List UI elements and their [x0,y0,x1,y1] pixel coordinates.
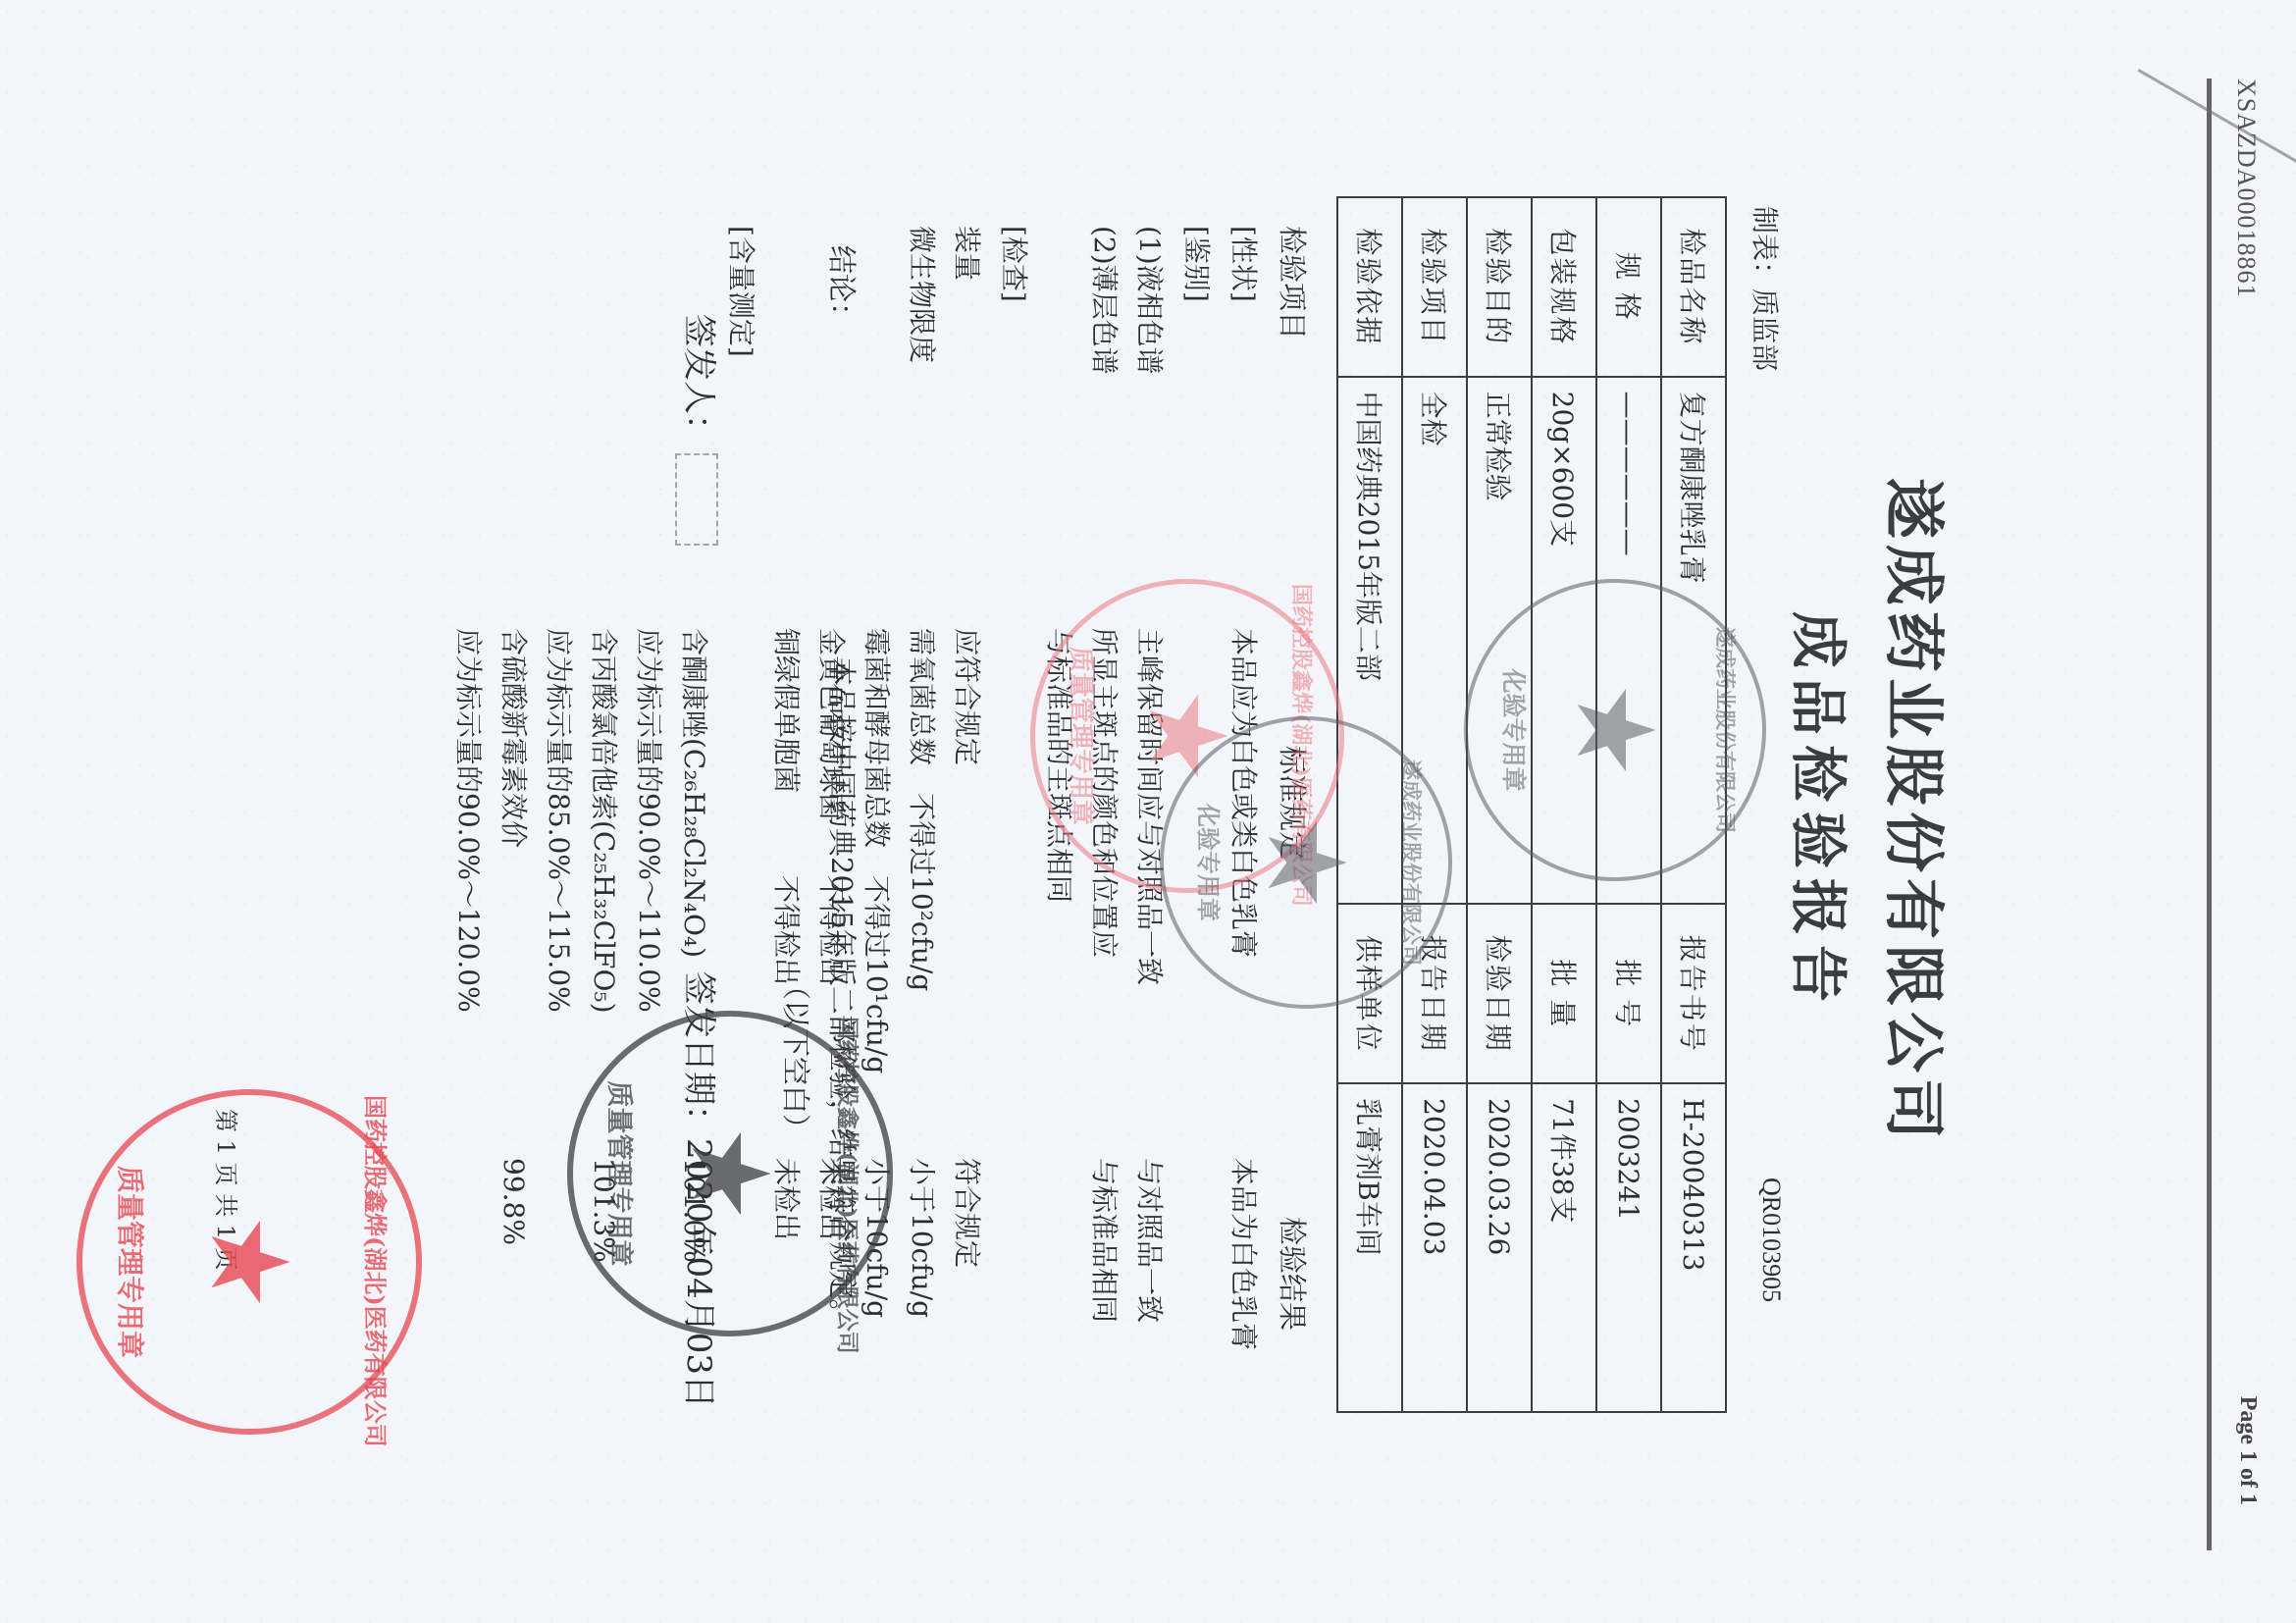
info-label: 规 格 [1596,197,1661,377]
qa-stamp-red: 国药控股鑫烨(湖北)医药有限公司★质量管理专用章 [77,1089,422,1435]
stamp-text-top: 遂成药业股份有限公司 [1397,720,1427,1005]
signer-label: 签发人： [679,314,718,447]
standard-text: 含硫酸新霉素效价 [491,628,536,848]
info-value: 乳膏剂B车间 [1337,1083,1402,1412]
item-name: 微生物限度 [899,226,944,363]
column-header-item: 检验项目 [1270,226,1315,340]
result-value: 99.8% [491,1158,536,1245]
info-label: 报告书号 [1661,904,1726,1083]
document-id: XSAZDA00018861 [2231,79,2261,297]
qa-stamp-dark: 国药控股鑫烨(湖北)医药有限公司★质量管理专用章 [567,1011,893,1336]
stamp-text-top: 国药控股鑫烨(湖北)医药有限公司 [833,1017,865,1331]
stamp-text-bottom: 质量管理专用章 [112,1095,151,1429]
info-value: H-20040313 [1661,1083,1726,1412]
info-label: 批 号 [1596,904,1661,1083]
form-number: QR0103905 [1756,1178,1786,1302]
stamp-text-bottom: 质量管理专用章 [602,1017,641,1331]
stamp-text-bottom: 质量管理专用章 [1065,584,1101,888]
section-title: [性状] [1221,226,1266,302]
signer-seal [675,453,718,546]
star-icon: ★ [1252,814,1360,912]
stamp-text-top: 遂成药业股份有限公司 [1711,583,1741,877]
standard-text: 含丙酸氯倍他索(C₂₅H₃₂ClFO₅) [581,628,626,1014]
info-value: 2020.04.03 [1402,1083,1467,1412]
standard-text: 应为标示量的90.0%～110.0% [626,628,671,1013]
info-value: 2020.03.26 [1467,1083,1532,1412]
lab-stamp-gray: 遂成药业股份有限公司★化验专用章 [1464,579,1766,881]
made-by-value: 质监部 [1748,288,1781,371]
result-value: 本品为白色乳膏 [1221,1158,1266,1350]
result-value: 与对照品一致 [1126,1158,1172,1323]
standard-text: 应符合规定 [944,628,989,765]
result-value: 符合规定 [944,1158,989,1268]
column-header-result: 检验结果 [1270,1217,1315,1331]
stamp-text-bottom: 化验专用章 [1497,583,1533,877]
info-label: 检验日期 [1467,904,1532,1083]
made-by-label: 制表： [1748,206,1781,288]
result-value: 与标准品相同 [1081,1158,1126,1323]
item-name: 装量 [944,226,989,281]
lab-stamp-gray-2: 遂成药业股份有限公司★化验专用章 [1160,716,1452,1009]
stamp-text-bottom: 化验专用章 [1193,720,1227,1005]
section-title: [鉴别] [1174,226,1219,302]
scan-scratch-mark [2138,69,2296,248]
info-label: 检验目的 [1467,197,1532,377]
standard-text: 应为标示量的85.0%～115.0% [536,628,581,1013]
standard-text: 含酮康唑(C₂₆H₂₈Cl₂N₄O₄) [671,628,716,958]
info-label: 批 量 [1532,904,1596,1083]
report-page: XSAZDA00018861 Page 1 of 1 遂成药业股份有限公司 成品… [0,0,2296,1623]
info-label: 包装规格 [1532,197,1596,377]
made-by: 制表：质监部 [1747,206,1786,371]
info-label: 检验项目 [1402,197,1467,377]
scan-border-line [2207,79,2212,1550]
info-label: 检品名称 [1661,197,1726,377]
standard-text: 需氧菌总数 不得过10²cfu/g [899,628,944,991]
page-indicator-en: Page 1 of 1 [2234,1396,2261,1505]
item-name: (1)液相色谱 [1126,226,1172,375]
info-value: 71件38支 [1532,1083,1596,1412]
signer: 签发人： [675,314,726,546]
info-value: 2003241 [1596,1083,1661,1412]
report-title: 成品检验报告 [1782,0,1864,1623]
star-icon: ★ [676,1126,784,1223]
star-icon: ★ [195,1214,303,1311]
company-name: 遂成药业股份有限公司 [1875,0,1962,1623]
info-label: 检验依据 [1337,197,1402,377]
section-title: [检查] [991,226,1036,302]
star-icon: ★ [1561,682,1669,779]
standard-text: 应为标示量的90.0%～120.0% [445,628,491,1013]
item-name: (2)薄层色谱 [1081,226,1126,375]
conclusion-label: 结论： [823,245,863,331]
stamp-text-top: 国药控股鑫烨(湖北)医药有限公司 [360,1095,394,1429]
result-value: 小于10cfu/g [899,1158,944,1318]
